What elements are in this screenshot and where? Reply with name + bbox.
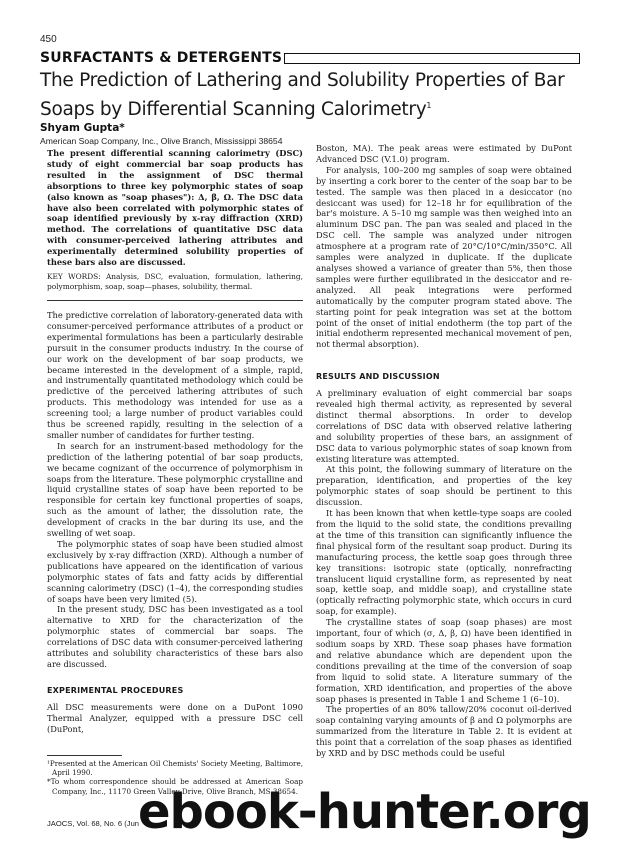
section-heading-results: RESULTS AND DISCUSSION	[316, 372, 572, 383]
footnote-presented: ¹Presented at the American Oil Chemists'…	[47, 759, 303, 778]
right-column: Boston, MA). The peak areas were estimat…	[316, 143, 572, 759]
author-affiliation: American Soap Company, Inc., Olive Branc…	[40, 136, 282, 146]
intro-paragraph: The predictive correlation of laboratory…	[47, 310, 303, 441]
keywords: KEY WORDS: Analysis, DSC, evaluation, fo…	[47, 272, 303, 292]
watermark: ebook-hunter.org	[138, 786, 591, 838]
footnote-divider	[47, 755, 122, 756]
experimental-paragraph: Boston, MA). The peak areas were estimat…	[316, 143, 572, 165]
section-heading-experimental: EXPERIMENTAL PROCEDURES	[47, 686, 303, 697]
section-banner-box	[284, 53, 580, 64]
results-paragraph: A preliminary evaluation of eight commer…	[316, 388, 572, 464]
left-column: The present differential scanning calori…	[47, 148, 303, 796]
intro-paragraph: The polymorphic states of soap have been…	[47, 539, 303, 604]
results-paragraph: At this point, the following summary of …	[316, 464, 572, 508]
results-paragraph: The crystalline states of soap (soap pha…	[316, 617, 572, 704]
abstract: The present differential scanning calori…	[47, 148, 303, 268]
article-title-line-1: The Prediction of Lathering and Solubili…	[40, 68, 580, 93]
title-footnote-mark: 1	[426, 101, 431, 110]
section-banner-label: SURFACTANTS & DETERGENTS	[40, 50, 282, 66]
abstract-divider	[47, 300, 303, 301]
intro-paragraph: In the present study, DSC has been inves…	[47, 604, 303, 669]
intro-paragraph: In search for an instrument-based method…	[47, 441, 303, 539]
experimental-paragraph: For analysis, 100–200 mg samples of soap…	[316, 165, 572, 350]
experimental-paragraph: All DSC measurements were done on a DuPo…	[47, 702, 303, 735]
keywords-label: KEY WORDS:	[47, 272, 101, 281]
page-number: 450	[40, 34, 57, 45]
results-paragraph: The properties of an 80% tallow/20% coco…	[316, 704, 572, 759]
section-banner: SURFACTANTS & DETERGENTS	[40, 50, 580, 66]
article-title: The Prediction of Lathering and Solubili…	[40, 68, 580, 122]
journal-citation-footer: JAOCS, Vol. 68, No. 6 (Jun	[47, 819, 139, 828]
author-name: Shyam Gupta*	[40, 122, 125, 134]
article-title-line-2: Soaps by Differential Scanning Calorimet…	[40, 93, 580, 122]
results-paragraph: It has been known that when kettle-type …	[316, 508, 572, 617]
